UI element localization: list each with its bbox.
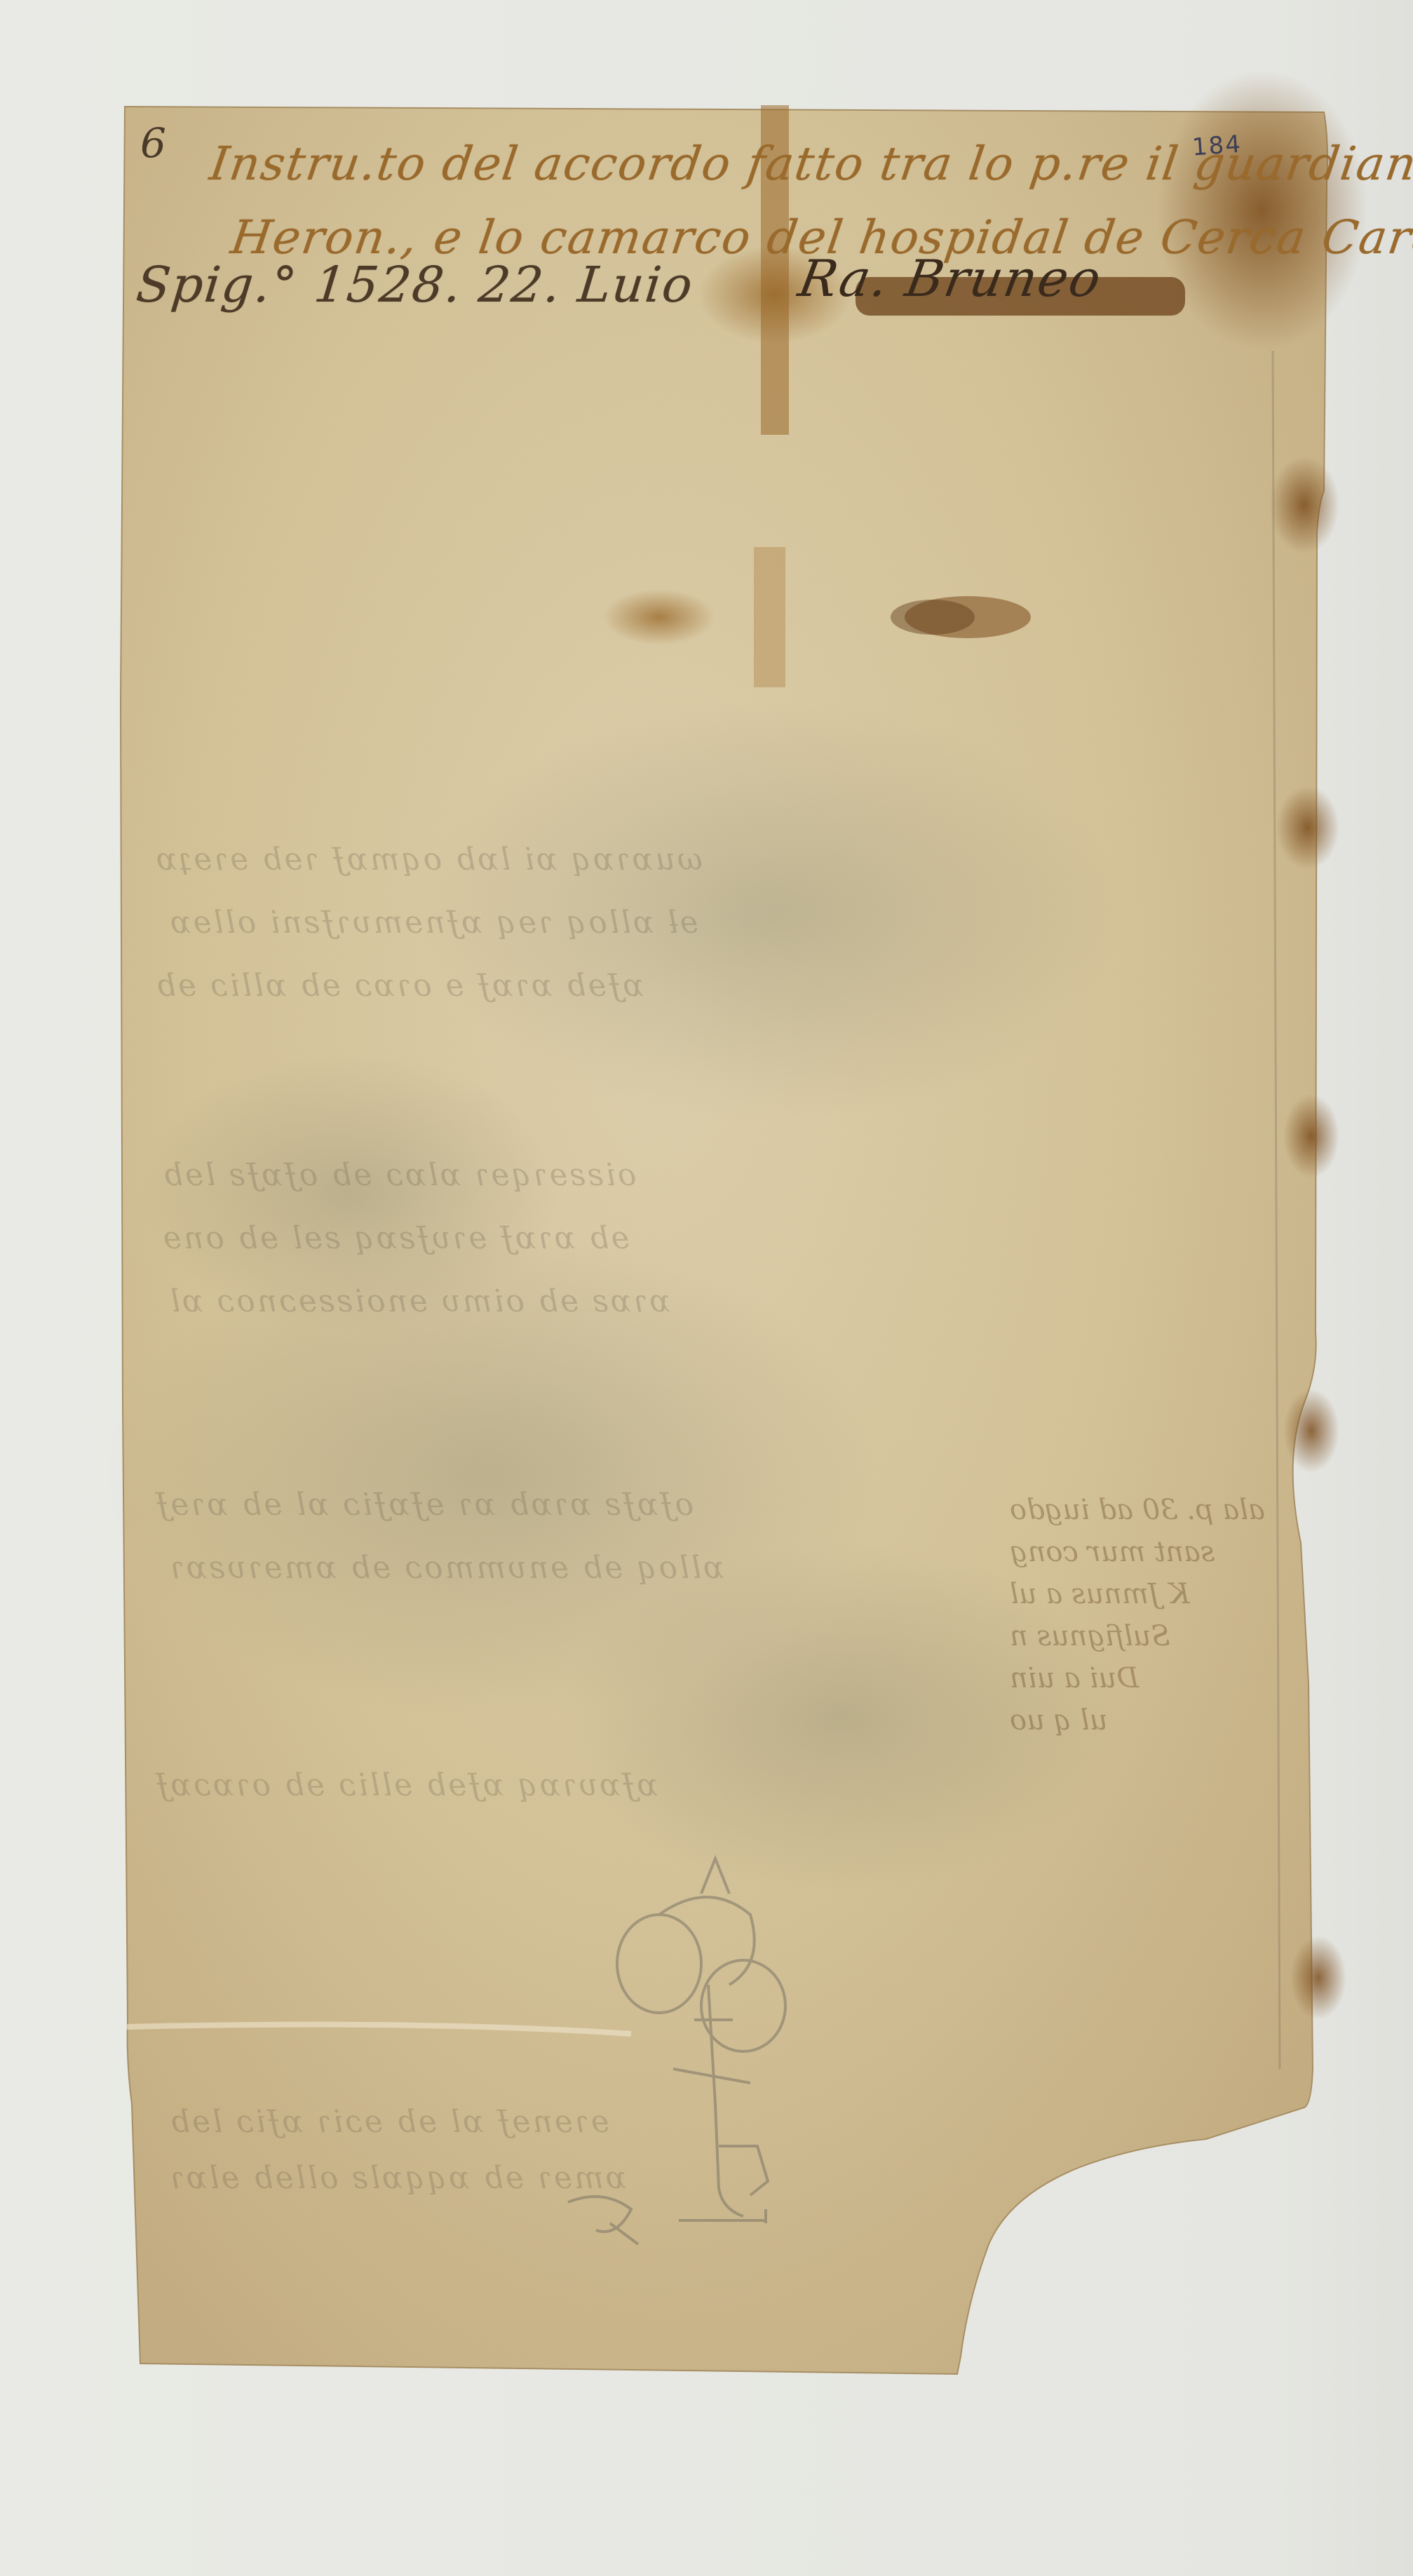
margin-fragment: ala p. 30 ad iugdo xyxy=(1010,1494,1265,1526)
margin-fragment: Dui a uin xyxy=(1010,1662,1139,1694)
margin-fragment: ul q uo xyxy=(1010,1704,1107,1737)
parchment-sheet: 6 184 Instru.to del accordo fatto tra lo… xyxy=(0,0,1413,2576)
margin-fragment: Sulfignus n xyxy=(1010,1620,1170,1652)
margin-fragment: K Jmnus a ul xyxy=(1010,1578,1189,1610)
docket-heading-line-1: Instru.to del accordo fatto tra lo p.re … xyxy=(207,137,1413,191)
docket-signature: Ra. Bruneo xyxy=(795,249,1107,308)
margin-fragment: sant mur cong xyxy=(1010,1536,1215,1568)
folio-number: 6 xyxy=(140,119,168,167)
docket-date-line: Spig.° 1528. 22. Luio xyxy=(134,256,696,313)
